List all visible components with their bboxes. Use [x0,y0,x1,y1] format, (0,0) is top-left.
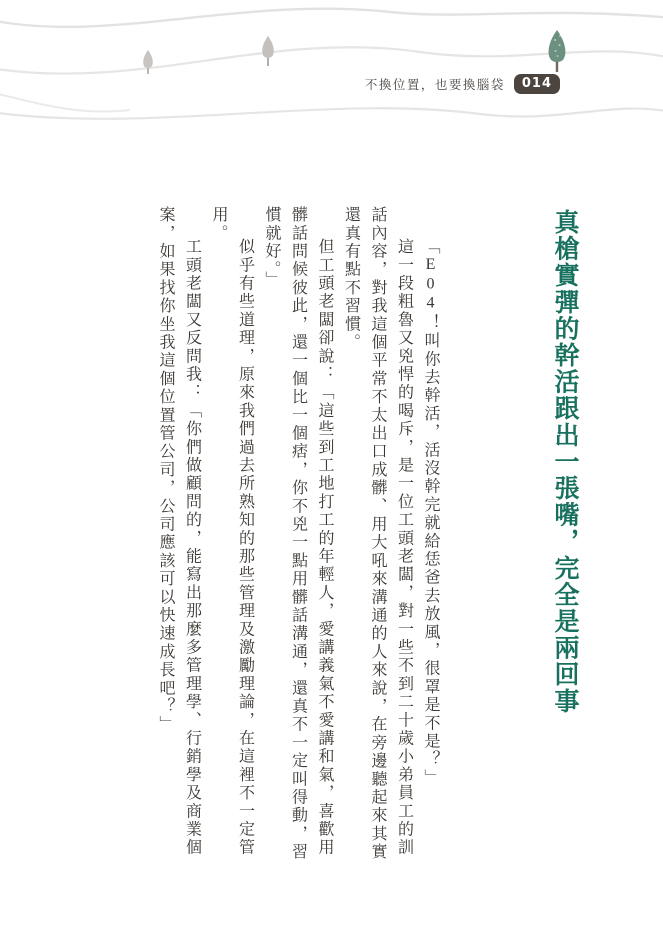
paragraph: 這一段粗魯又兇悍的喝斥，是一位工頭老闆，對一些不到二十歲小弟員工的訓話內容，對我… [337,206,417,863]
wave-line [0,92,130,112]
chapter-title: 真槍實彈的幹活跟出一張嘴，完全是兩回事 [545,206,585,863]
tree-icon [262,36,274,66]
tree-icon [549,30,566,72]
paragraph: 工頭老闆又反問我：「你們做顧問的，能寫出那麼多管理學、行銷學及商業個案，如果找你… [152,206,205,863]
paragraph: 但工頭老闆卻說：「這些到工地打工的年輕人，愛講義氣不愛講和氣，喜歡用髒話問候彼此… [258,206,338,863]
wave-line [0,47,663,73]
top-decoration [0,0,663,150]
wave-line [0,9,663,27]
running-title: 不換位置，也要換腦袋 [365,75,505,93]
running-header: 不換位置，也要換腦袋 014 [365,74,560,94]
wave-line [0,108,663,119]
page-content: 真槍實彈的幹活跟出一張嘴，完全是兩回事 「E04！叫你去幹活，活沒幹完就給恁爸去… [120,206,585,863]
page-number-badge: 014 [514,74,560,94]
tree-icon [143,50,153,74]
paragraph: 似乎有些道理，原來我們過去所熟知的那些管理及激勵理論，在這裡不一定管用。 [205,206,258,863]
book-page: 不換位置，也要換腦袋 014 真槍實彈的幹活跟出一張嘴，完全是兩回事 「E04！… [0,0,663,932]
body-text: 「E04！叫你去幹活，活沒幹完就給恁爸去放風，很罩是不是？」這一段粗魯又兇悍的喝… [152,206,444,863]
paragraph: 「E04！叫你去幹活，活沒幹完就給恁爸去放風，很罩是不是？」 [417,206,444,863]
